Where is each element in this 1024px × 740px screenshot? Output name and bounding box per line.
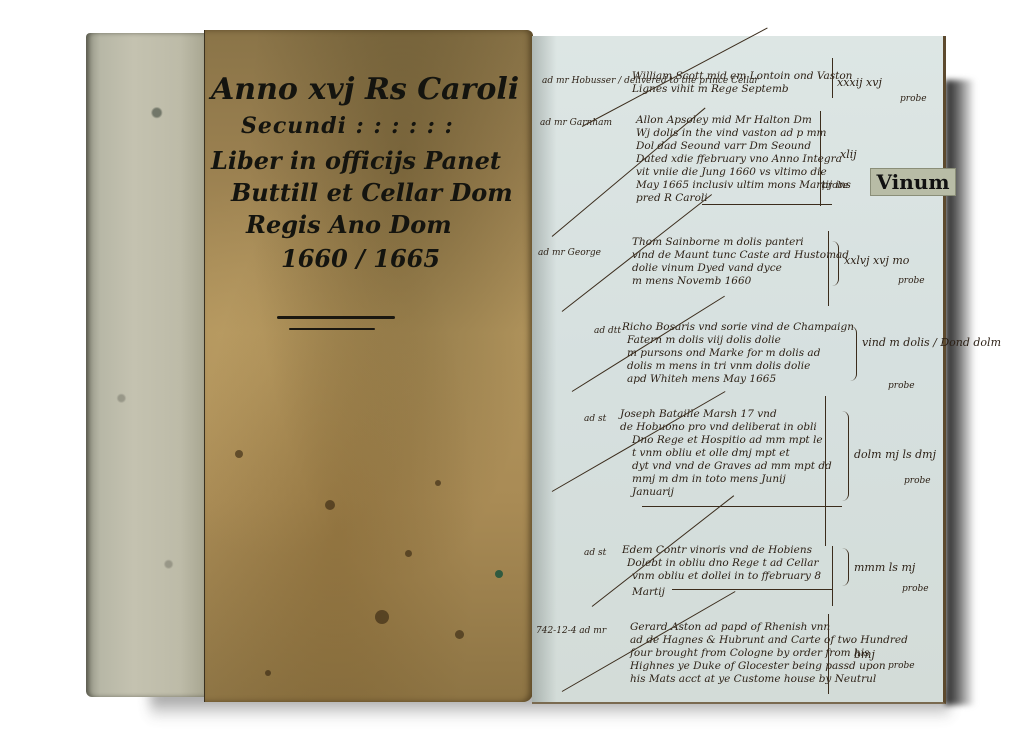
entry-line: t vnm obliu et olle dmj mpt et: [632, 447, 790, 460]
entry-line: mmj m dm in toto mens Junij: [632, 473, 786, 486]
entry-line: Edem Contr vinoris vnd de Hobiens: [622, 544, 812, 557]
entry-line: vit vniie die Jung 1660 vs vltimo die: [636, 166, 827, 179]
cover-title-line: Buttill et Cellar Dom: [231, 181, 521, 205]
entry-line: Dno Rege et Hospitio ad mm mpt le: [632, 434, 823, 447]
ruled-line: [832, 58, 833, 98]
entry-line: his Mats acct at ye Custome house by Neu…: [630, 673, 876, 686]
entry-amount: xxlvj xvj mo: [844, 254, 909, 267]
vinum-index-tab: Vinum: [870, 168, 956, 196]
entry-line: Dolebt in obliu dno Rege t ad Cellar: [627, 557, 819, 570]
entry-line: Januarij: [632, 486, 674, 499]
stain: [265, 670, 271, 676]
book-spine: [86, 33, 204, 697]
entry-line: apd Whiteh mens May 1665: [627, 373, 776, 386]
entry-line: de Hobuono pro vnd deliberat in obli: [620, 421, 817, 434]
stain: [435, 480, 441, 486]
entry-line: vnm obliu et dollei in to ffebruary 8: [632, 570, 821, 583]
entry-line: Martij: [632, 586, 665, 599]
entry-note: probe: [898, 276, 925, 286]
entry-note: probe: [902, 584, 929, 594]
stain: [375, 610, 389, 624]
cover-title-line: 1660 / 1665: [281, 247, 521, 271]
entry-line: dolie vinum Dyed vand dyce: [632, 262, 782, 275]
entry-note: probe: [900, 94, 927, 104]
entry-line: Richo Bosaris vnd sorie vind de Champaig…: [622, 321, 854, 334]
cover-title-line: Regis Ano Dom: [246, 213, 521, 237]
entry-line: vind de Maunt tunc Caste ard Hustomad: [632, 249, 849, 262]
entry-amount: dolm mj ls dmj: [854, 448, 936, 461]
ruled-line: [820, 111, 821, 206]
manuscript-photo: Anno xvj Rs Caroli Secundi : : : : : : L…: [0, 0, 1024, 740]
entry-line: Gerard Aston ad papd of Rhenish vnn: [630, 621, 830, 634]
entry-line: Joseph Bataille Marsh 17 vnd: [620, 408, 777, 421]
entry-note: probe: [904, 476, 931, 486]
entry-line: m mens Novemb 1660: [632, 275, 751, 288]
title-underline: [277, 316, 395, 319]
entry-note: probe: [888, 381, 915, 391]
ledger-page: ad mr Hobusser / delivered to the prince…: [532, 36, 946, 704]
entry-amount: bmj: [854, 648, 875, 661]
entry-amount: xlij: [840, 148, 857, 161]
title-underline: [289, 328, 375, 330]
stain: [325, 500, 335, 510]
entry-brace: [842, 548, 849, 586]
ruled-line: [825, 396, 826, 546]
entry-line: Allon Apsoley mid Mr Halton Dm: [636, 114, 812, 127]
margin-note: ad st: [584, 548, 606, 558]
entry-line: m pursons ond Marke for m dolis ad: [627, 347, 820, 360]
ruled-line: [828, 231, 829, 306]
entry-amount: vind m dolis / Dond dolm: [862, 336, 1001, 349]
entry-line: Lignes vihit m Rege Septemb: [632, 83, 789, 96]
entry-line: Thom Sainborne m dolis panteri: [632, 236, 804, 249]
entry-line: ad de Hagnes & Hubrunt and Carte of two …: [630, 634, 908, 647]
entry-brace: [850, 326, 857, 381]
ruled-line: [832, 546, 833, 606]
entry-brace: [832, 241, 839, 286]
entry-line: Highnes ye Duke of Glocester being passd…: [630, 660, 886, 673]
entry-amount: mmm ls mj: [854, 561, 915, 574]
entry-line: Dated xdie ffebruary vno Anno Integra: [636, 153, 842, 166]
cover-title-line: Anno xvj Rs Caroli: [211, 75, 521, 105]
margin-note: ad st: [584, 414, 606, 424]
entry-line: Wj dolis in the vind vaston ad p mm: [636, 127, 827, 140]
entry-line: dolis m mens in tri vnm dolis dolie: [627, 360, 810, 373]
ruled-line: [642, 506, 842, 507]
ruled-line: [672, 589, 832, 590]
entry-line: dyt vnd vnd de Graves ad mm mpt dd: [632, 460, 832, 473]
entry-brace: [842, 411, 849, 501]
entry-amount: xxxij xvj: [837, 76, 882, 89]
cover-title-line: Liber in officijs Panet: [211, 149, 521, 173]
cover-title-line: Secundi : : : : : :: [241, 115, 521, 137]
green-stain: [495, 570, 503, 578]
margin-note: 742-12-4 ad mr: [536, 626, 606, 636]
stain: [405, 550, 412, 557]
stain: [455, 630, 464, 639]
front-cover: Anno xvj Rs Caroli Secundi : : : : : : L…: [204, 30, 533, 702]
ruled-line: [828, 614, 829, 694]
ruled-line: [702, 204, 832, 205]
entry-note: probe: [822, 181, 849, 191]
entry-line: pred R Caroli: [636, 192, 708, 205]
cover-title: Anno xvj Rs Caroli Secundi : : : : : : L…: [211, 75, 521, 271]
entry-line: four brought from Cologne by order from …: [630, 647, 869, 660]
margin-note: ad mr Garnham: [540, 118, 612, 128]
entry-line: May 1665 inclusiv ultim mons Martij ins: [636, 179, 851, 192]
stain: [235, 450, 243, 458]
margin-note: ad mr George: [538, 248, 601, 258]
margin-note: ad dtt: [594, 326, 621, 336]
entry-note: probe: [888, 661, 915, 671]
